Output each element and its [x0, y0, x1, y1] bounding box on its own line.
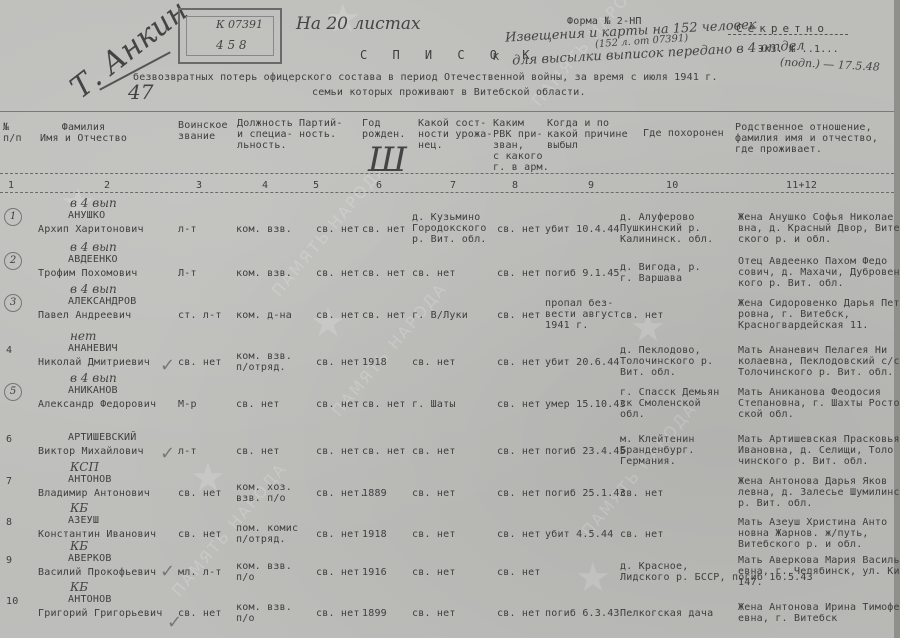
- first-name-patronymic: Павел Андреевич: [38, 310, 131, 322]
- document-title: С П И С О К: [360, 48, 538, 62]
- cell-rvk: св. нет: [497, 488, 541, 499]
- surname: АЗЕУШ: [68, 515, 99, 527]
- handwritten-number: 47: [128, 80, 153, 104]
- cell-reason: убит 4.5.44: [545, 529, 613, 540]
- cell-rvk: св. нет: [497, 310, 541, 321]
- cell-rank: св. нет: [178, 357, 222, 368]
- handwritten-note: КСП: [70, 460, 99, 474]
- handwritten-note: КБ: [70, 539, 88, 553]
- surname: АНАНЕВИЧ: [68, 343, 118, 355]
- cell-rank: св. нет: [178, 529, 222, 540]
- col-header-6: Год рожден.: [362, 118, 406, 140]
- handwritten-note: КБ: [70, 501, 88, 515]
- cell-birthplace: св. нет: [412, 567, 456, 578]
- cell-position: пом. комис п/отряд.: [236, 523, 298, 545]
- cell-rank: мл. л-т: [178, 567, 222, 578]
- cell-reason: убит 20.6.44: [545, 357, 620, 368]
- cell-rvk: св. нет: [497, 567, 541, 578]
- col-header-3: Воинское звание: [178, 120, 228, 142]
- cell-relatives: Жена Сидоровенко Дарья Пет ровна, г. Вит…: [738, 298, 900, 331]
- cell-buried: г. Спасск Демьян ск Смоленской обл.: [620, 387, 720, 420]
- cell-relatives: Жена Антонова Дарья Яков левна, д. Залес…: [738, 476, 900, 509]
- sheets-note: На 20 листах: [296, 14, 421, 34]
- surname: АНИКАНОВ: [68, 385, 118, 397]
- col-num: 10: [666, 180, 678, 191]
- check-mark-icon: ✓: [160, 355, 175, 376]
- cell-relatives: Мать Аверкова Мария Василь евна, г. Челя…: [738, 555, 900, 588]
- surname: АВДЕЕНКО: [68, 254, 118, 266]
- handwritten-note: КБ: [70, 580, 88, 594]
- cell-born: 1918: [362, 529, 387, 540]
- col-header-11-12: Родственное отношение, фамилия имя и отч…: [735, 122, 878, 155]
- cell-rvk: св. нет: [497, 399, 541, 410]
- cell-position: св. нет: [236, 446, 280, 457]
- cell-rank: ст. л-т: [178, 310, 222, 321]
- secrecy-underline: [728, 34, 848, 35]
- cell-born: св. нет: [362, 399, 406, 410]
- surname: АНТОНОВ: [68, 594, 112, 606]
- first-name-patronymic: Архип Харитонович: [38, 224, 144, 236]
- cell-born: св. нет: [362, 446, 406, 457]
- cell-rank: л-т: [178, 446, 197, 457]
- col-num: 7: [450, 180, 456, 191]
- cell-born: св. нет: [362, 224, 406, 235]
- copy-label: Экз. № ..1...: [758, 44, 839, 55]
- cell-rvk: св. нет: [497, 608, 541, 619]
- cell-buried: св. нет: [620, 529, 664, 540]
- surname: АРТИШЕВСКИЙ: [68, 432, 136, 444]
- handwritten-note: в 4 вып: [70, 196, 117, 210]
- cell-party: св. нет: [316, 567, 360, 578]
- table-top-rule: [0, 111, 894, 112]
- cell-reason: погиб 25.1.43: [545, 488, 626, 499]
- cell-relatives: Мать Азеуш Христина Анто новна Жарнов. ж…: [738, 517, 887, 550]
- cell-party: св. нет: [316, 224, 360, 235]
- cell-buried: св. нет: [620, 310, 664, 321]
- cell-birthplace: д. Кузьмино Городокского р. Вит. обл.: [412, 212, 487, 245]
- first-name-patronymic: Константин Иванович: [38, 529, 156, 541]
- cell-buried: д. Пеклодово, Толочинского р. Вит. обл.: [620, 345, 713, 378]
- first-name-patronymic: Григорий Григорьевич: [38, 608, 162, 620]
- surname: АВЕРКОВ: [68, 553, 112, 565]
- check-mark-icon: ✓: [160, 443, 175, 464]
- cell-party: св. нет: [316, 399, 360, 410]
- cell-buried: Пелкогская дача: [620, 608, 713, 619]
- row-number: 6: [6, 434, 12, 446]
- cell-rvk: св. нет: [497, 446, 541, 457]
- row-number: 8: [6, 517, 12, 529]
- handwritten-note: в 4 вып: [70, 371, 117, 385]
- cell-position: ком. взв. п/о: [236, 602, 292, 624]
- check-mark-icon: ✓: [160, 561, 175, 582]
- handwritten-mark: Ш: [368, 140, 407, 180]
- row-number: 2: [4, 252, 22, 270]
- handwritten-note: нет: [70, 329, 96, 343]
- row-number: 7: [6, 476, 12, 488]
- cell-rank: л-т: [178, 224, 197, 235]
- first-name-patronymic: Виктор Михайлович: [38, 446, 144, 458]
- cell-position: ком. хоз. взв. п/о: [236, 482, 292, 504]
- cell-position: св. нет: [236, 399, 280, 410]
- first-name-patronymic: Владимир Антонович: [38, 488, 150, 500]
- cell-party: св. нет: [316, 608, 360, 619]
- row-number: 1: [4, 208, 22, 226]
- stamp-line-1: К 07391: [216, 18, 263, 31]
- col-num: 8: [512, 180, 518, 191]
- handwritten-note: в 4 вып: [70, 240, 117, 254]
- archive-stamp: К 07391 4 5 8: [178, 8, 282, 64]
- cell-party: св. нет: [316, 357, 360, 368]
- cell-party: св. нет.: [316, 488, 366, 499]
- cell-position: ком. взв.: [236, 268, 292, 279]
- cell-born: 1918: [362, 357, 387, 368]
- cell-birthplace: св. нет: [412, 446, 456, 457]
- col-header-5: Партий- ность.: [299, 118, 343, 140]
- first-name-patronymic: Трофим Похомович: [38, 268, 138, 280]
- cell-birthplace: св. нет: [412, 608, 456, 619]
- cell-buried: св. нет: [620, 488, 664, 499]
- cell-rvk: св. нет: [497, 529, 541, 540]
- col-header-1: № п/п: [3, 122, 22, 144]
- cell-reason: погиб 9.1.45: [545, 268, 620, 279]
- cell-rank: св. нет: [178, 488, 222, 499]
- archive-document: ПАМЯТЬ НАРОДА ПАМЯТЬ НАРОДА ПАМЯТЬ НАРОД…: [0, 0, 900, 638]
- cell-rank: Л-т: [178, 268, 197, 279]
- col-num: 3: [196, 180, 202, 191]
- cell-born: 1899: [362, 608, 387, 619]
- cell-party: св. нет: [316, 529, 360, 540]
- cell-relatives: Мать Артишевская Прасковья Ивановна, д. …: [738, 434, 900, 467]
- cell-relatives: Мать Ананевич Пелагея Ни колаевна, Пекло…: [738, 345, 900, 378]
- cell-relatives: Жена Анушко Софья Николае вна, д. Красны…: [738, 212, 900, 245]
- cell-party: св. нет: [316, 446, 360, 457]
- cell-reason: умер 15.10.43: [545, 399, 626, 410]
- cell-position: ком. взв. п/отряд.: [236, 351, 292, 373]
- col-num: 2: [104, 180, 110, 191]
- cell-birthplace: св. нет: [412, 357, 456, 368]
- col-num: 9: [588, 180, 594, 191]
- surname: АНТОНОВ: [68, 474, 112, 486]
- cell-rvk: св. нет: [497, 268, 541, 279]
- cell-born: 1916: [362, 567, 387, 578]
- cell-buried: д. Вигода, р. г. Варшава: [620, 262, 701, 284]
- signature-date: (подп.) — 17.5.48: [780, 55, 880, 73]
- cell-reason: погиб 6.3.43: [545, 608, 620, 619]
- cell-birthplace: св. нет: [412, 529, 456, 540]
- star-icon: ★: [575, 555, 611, 601]
- first-name-patronymic: Николай Дмитриевич: [38, 357, 150, 369]
- watermark: ПАМЯТЬ НАРОДА: [578, 399, 701, 540]
- stamp-line-2: 4 5 8: [216, 38, 247, 52]
- document-subtitle-2: семьи которых проживают в Витебской обла…: [312, 87, 586, 98]
- col-header-10: Где похоронен: [643, 128, 724, 139]
- surname: АЛЕКСАНДРОВ: [68, 296, 136, 308]
- row-number: 9: [6, 555, 12, 567]
- cell-reason: убит 10.4.44: [545, 224, 620, 235]
- cell-reason: пропал без- вести август 1941 г.: [545, 298, 620, 331]
- star-icon: ★: [310, 300, 346, 346]
- cell-position: ком. д-на: [236, 310, 292, 321]
- row-number: 10: [6, 596, 18, 608]
- col-header-2: Фамилия Имя и Отчество: [40, 122, 127, 144]
- cell-born: св. нет: [362, 268, 406, 279]
- cell-born: св. нет: [362, 310, 406, 321]
- first-name-patronymic: Александр Федорович: [38, 399, 156, 411]
- col-header-4: Должность и специа- льность.: [237, 118, 293, 151]
- cell-position: ком. взв. п/о: [236, 561, 292, 583]
- cell-buried: д. Алуферово Пушкинский р. Калининск. об…: [620, 212, 713, 245]
- cell-birthplace: г. Шаты: [412, 399, 456, 410]
- row-number: 3: [4, 294, 22, 312]
- cell-birthplace: св. нет: [412, 488, 456, 499]
- surname: АНУШКО: [68, 210, 105, 222]
- col-num: 6: [376, 180, 382, 191]
- col-header-8: Каким РВК при- зван, с какого г. в арм.: [493, 118, 549, 173]
- col-num: 5: [313, 180, 319, 191]
- first-name-patronymic: Василий Прокофьевич: [38, 567, 156, 579]
- cell-born: 1889: [362, 488, 387, 499]
- cell-rank: М-р: [178, 399, 197, 410]
- cell-birthplace: св. нет: [412, 268, 456, 279]
- numbers-rule: [0, 192, 894, 193]
- cell-rvk: св. нет: [497, 357, 541, 368]
- handwritten-note: в 4 вып: [70, 282, 117, 296]
- cell-relatives: Жена Антонова Ирина Тимофе евна, г. Вите…: [738, 602, 900, 624]
- cell-rvk: св. нет: [497, 224, 541, 235]
- col-num: 1: [8, 180, 14, 191]
- col-header-9: Когда и по какой причине выбыл: [547, 118, 628, 151]
- cell-party: св. нет: [316, 310, 360, 321]
- row-number: 4: [6, 345, 12, 357]
- col-num: 11+12: [786, 180, 817, 191]
- document-subtitle-1: безвозвратных потерь офицерского состава…: [133, 72, 718, 83]
- cell-relatives: Отец Авдеенко Пахом Федо сович, д. Махач…: [738, 256, 900, 289]
- cell-reason: погиб 23.4.45: [545, 446, 626, 457]
- cell-rank: св. нет: [178, 608, 222, 619]
- cell-party: св. нет: [316, 268, 360, 279]
- col-header-7: Какой сост- ности урожа- нец.: [418, 118, 493, 151]
- cell-relatives: Мать Аниканова Феодосия Степановна, г. Ш…: [738, 387, 900, 420]
- cell-buried: м. Клейтенин Бранденбург. Германия.: [620, 434, 695, 467]
- header-rule: [0, 173, 894, 174]
- check-mark-icon: ✓: [167, 612, 182, 633]
- cell-birthplace: г. В/Луки: [412, 310, 468, 321]
- cell-position: ком. взв.: [236, 224, 292, 235]
- col-num: 4: [262, 180, 268, 191]
- row-number: 5: [4, 383, 22, 401]
